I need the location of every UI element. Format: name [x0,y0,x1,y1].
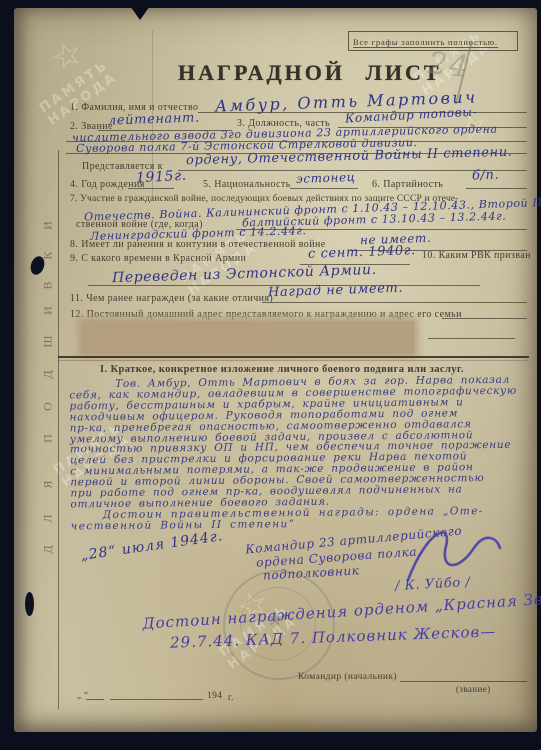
footer-rank-label: (звание) [456,684,491,694]
footer-commander-label: Командир (начальник) [298,672,397,682]
page-title: НАГРАДНОЙ ЛИСТ [178,60,442,86]
footer-year: 194 [207,691,222,701]
field-5-value: эстонец [296,170,356,186]
section-divider [58,356,529,358]
spine-letter: Л [41,511,56,527]
field-9-label: 9. С какого времени в Красной Армии [70,253,246,264]
field-6-value: б/п. [472,168,500,184]
field-6-label: 6. Партийность [372,179,443,190]
spine-letter: Ш [41,334,56,350]
spine-letter: П [41,431,56,447]
field-12-label: 12. Постоянный домашний адрес представля… [70,309,462,320]
note-text: Все графы заполнить полностью. [353,37,498,48]
spine-letter: И [41,218,56,234]
margin-rule [58,150,59,709]
scanned-award-document: ☆ ПАМЯТЬ НАРОДА ☆ ПАМЯТЬ НАРОДА ПАМЯТЬ Н… [0,0,541,750]
field-11-label: 11. Чем ранее награжден (за какие отличи… [70,293,273,304]
spine-letter: О [41,399,56,415]
field-4-value: 1915г. [136,168,188,187]
spine-letter: Д [41,367,56,383]
footer-year-suffix: г. [228,692,234,702]
spine-letter: К [41,248,56,264]
field-5-label: 5. Национальность [203,179,291,190]
field-8-label: 8. Имеет ли ранения и контузии в отечест… [70,239,326,250]
spine-letter: Я [41,477,56,493]
spine-letter: Д [41,542,56,558]
citation-text: Тов. Амбур, Отть Мартович в боях за гор.… [69,375,531,532]
field-10-label: 10. Каким РВК призван [422,250,531,261]
spine-letter: И [41,303,56,319]
section-1-heading: I. Краткое, конкретное изложение личного… [100,364,464,375]
field-2-value: лейтенант. [108,110,200,128]
redaction-blur [82,321,414,354]
spine-letter: В [41,278,56,294]
edge-tear [25,592,34,616]
